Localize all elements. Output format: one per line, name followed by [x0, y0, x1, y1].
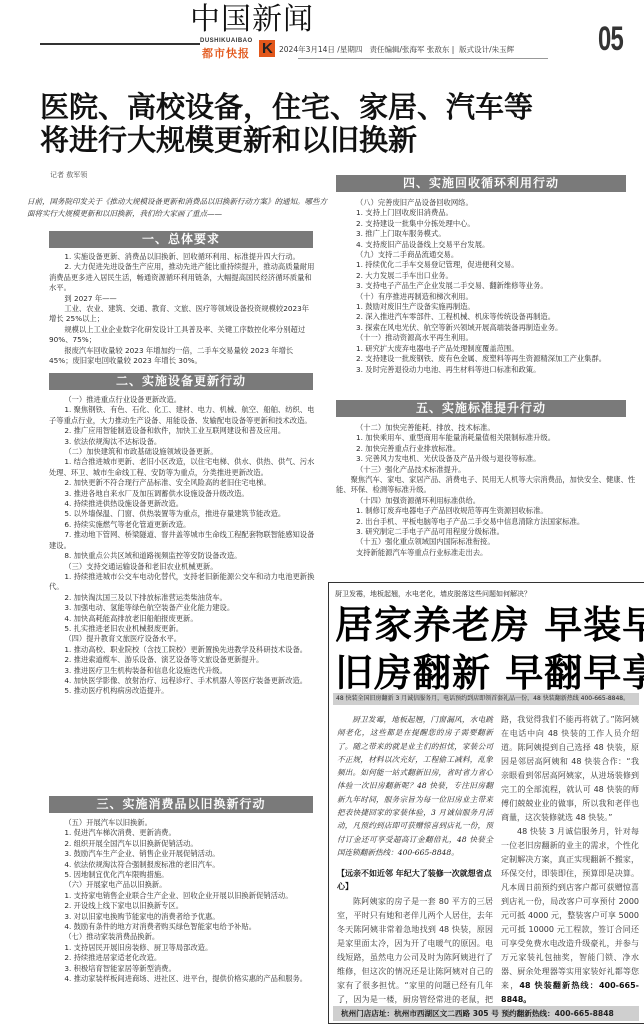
section-body-1: 1. 实施设备更新、消费品以旧换新、回收循环利用、标准提升四大行动。 2. 大力… [49, 252, 315, 366]
header-rule-left [40, 43, 200, 45]
paragraph: 1. 结合推进城市更新、老旧小区改造，以住宅电梯、供水、供热、供气、污水处理、环… [49, 457, 315, 478]
logo-letter: K [262, 40, 273, 57]
paragraph: 2. 推广应用智能制造设备和软件，加快工业互联网建设和普及应用。 [49, 426, 315, 436]
brand-logo-icon: K [259, 40, 275, 57]
article-lead: 日前，国务院印发关于《推动大规模设备更新和消费品以旧换新行动方案》的通知。哪些方… [27, 196, 327, 220]
paragraph: 3. 加强电动、氢能等绿色航空装备产业化能力建设。 [49, 603, 315, 613]
paragraph: （十四）加强资源循环利用标准供给。 [336, 496, 636, 506]
ad-story-continued: 路，我觉得我们不能再将就了。”陈阿姨在电话中向 48 快装的工作人员介绍道。陈阿… [501, 713, 639, 1007]
paragraph: （十五）强化重点领域国内国际标准衔接。 [336, 537, 636, 547]
ad-banner: 48 快装全国旧房翻新 3 月诚信服务月，电话预约到店即领首套礼品一份，48 快… [333, 693, 639, 705]
paragraph: （六）开展家电产品以旧换新。 [49, 880, 315, 890]
brand-name-cn: 都市快报 [202, 45, 250, 61]
paragraph: 支持新能源汽车等重点行业标准走出去。 [336, 548, 636, 558]
section-body-5: （十二）加快完善能耗、排放、技术标准。 1. 加快乘用车、重型商用车能量消耗量值… [336, 423, 636, 558]
ad-headline-line-2: 旧房翻新 早翻早享受 [335, 649, 635, 697]
ad-subhead: 【远亲不如近邻 年纪大了装修一次就想省点心】 [337, 867, 493, 893]
paragraph: 3. 探索在风电光伏、航空等新兴领域开展高端装备再制造业务。 [336, 323, 636, 333]
paragraph: （十二）加快完善能耗、排放、技术标准。 [336, 423, 636, 433]
ad-hotline: 48 快装翻新热线：400-665-8848。 [501, 981, 639, 1004]
paragraph: 2. 组织开展全国汽车以旧换新促销活动。 [49, 839, 315, 849]
section-body-2: （一）推进重点行业设备更新改造。 1. 聚焦钢铁、有色、石化、化工、建材、电力、… [49, 395, 315, 697]
paragraph: 1. 推动高校、职业院校（含技工院校）更新置换先进教学及科研技术设备。 [49, 645, 315, 655]
header-info: 2024年3月14日 /星期四 责任编辑/张海军 张敌东 | 版式设计/朱玉辉 [279, 44, 514, 55]
paragraph: 48 快装 3 月诚信服务月，针对每一位老旧房翻新的业主的需求，个性化定制解决方… [501, 825, 639, 1007]
section-body-4: （八）完善废旧产品设备回收网络。 1. 支持上门回收废旧消费品。 2. 支持建设… [336, 198, 636, 375]
paragraph: 到 2027 年—— [49, 294, 315, 304]
headline-line-2: 将进行大规模更新和以旧换新 [40, 124, 600, 157]
paragraph: 2. 出台手机、平板电脑等电子产品二手交易中信息清除方法国家标准。 [336, 517, 636, 527]
paragraph: 4. 鼓励有条件的地方对消费者购买绿色智能家电给予补贴。 [49, 922, 315, 932]
brand-name-en: DUSHIKUAIBAO [200, 38, 253, 44]
paragraph: 厨卫发霉，地板起翘，门窗漏风，水电跳闸老化，这些都是在提醒您的房子需要翻新了。随… [337, 713, 493, 859]
paragraph: 3. 鼓励汽车生产企业、销售企业开展促销活动。 [49, 849, 315, 859]
paragraph: 2. 大力促进先进设备生产应用，推动先进产能比重持续提升，推动高质量耐用消费品更… [49, 262, 315, 293]
ad-question: 厨卫发霉，地板起翘，水电老化，墙皮脱落这些问题如何解决？ [335, 589, 531, 599]
section-header-3: 三、实施消费品以旧换新行动 [49, 796, 313, 813]
paragraph: 聚焦汽车、家电、家居产品、消费电子、民用无人机等大宗消费品，加快安全、健康、性能… [336, 475, 636, 496]
paragraph: 3. 推广上门取车服务模式。 [336, 229, 636, 239]
header-rule-right [298, 58, 548, 59]
paragraph: 3. 依法依规淘汰不达标设备。 [49, 437, 315, 447]
advertisement: 厨卫发霉，地板起翘，水电老化，墙皮脱落这些问题如何解决？ 居家养老房 早装早省心… [328, 582, 644, 1024]
designer: 版式设计/朱玉辉 [459, 45, 514, 54]
paragraph: 6. 持续实施燃气等老化管道更新改造。 [49, 520, 315, 530]
paragraph: 2. 支持建设一批集中分拣处理中心。 [336, 219, 636, 229]
paragraph: （十三）强化产品技术标准提升。 [336, 465, 636, 475]
paragraph: 1. 聚焦钢铁、有色、石化、化工、建材、电力、机械、航空、船舶、纺织、电子等重点… [49, 405, 315, 426]
paragraph: 2. 持续推进居家适老化改造。 [49, 953, 315, 963]
section-header-5: 五、实施标准提升行动 [336, 400, 626, 417]
paragraph: 1. 实施设备更新、消费品以旧换新、回收循环利用、标准提升四大行动。 [49, 252, 315, 262]
paragraph: 工业、农业、建筑、交通、教育、文旅、医疗等领域设备投资规模较2023年增长 25… [49, 304, 315, 325]
paragraph: 2. 推进索道缆车、游乐设备、演艺设备等文旅设备更新提升。 [49, 655, 315, 665]
paragraph: 4. 加快医学影像、放射治疗、远程诊疗、手术机器人等医疗装备更新改造。 [49, 676, 315, 686]
paragraph: 1. 持续推进城市公交车电动化替代，支持老旧新能源公交车和动力电池更新换代。 [49, 572, 315, 593]
section-header-1: 一、总体要求 [49, 231, 313, 248]
paragraph: 3. 推进医疗卫生机构装备和信息化设施迭代升级。 [49, 666, 315, 676]
paragraph: 1. 支持居民开展旧房装修、厨卫等局部改造。 [49, 943, 315, 953]
paragraph: 5. 以外墙保温、门窗、供热装置等为重点，推进存量建筑节能改造。 [49, 509, 315, 519]
paragraph: 1. 持续优化二手车交易登记管理，促进便利交易。 [336, 260, 636, 270]
ad-story: 陈阿姨家的房子是一套 80 平方的三居室，平时只有她和老伴儿两个人居住，去年冬天… [337, 895, 493, 1021]
paragraph: （二）加快建筑和市政基础设施领域设备更新。 [49, 447, 315, 457]
paragraph: 4. 持续推进供热设施设备更新改造。 [49, 499, 315, 509]
paragraph: 2. 加快淘汰国三及以下排放标准营运类柴油货车。 [49, 593, 315, 603]
paragraph: 1. 促进汽车梯次消费、更新消费。 [49, 828, 315, 838]
paragraph: 2. 加快更新不符合现行产品标准、安全风险高的老旧住宅电梯。 [49, 478, 315, 488]
section-header-4: 四、实施回收循环利用行动 [336, 175, 626, 192]
paragraph: 3. 积极培育智能家居等新型消费。 [49, 964, 315, 974]
paragraph: 1. 加快乘用车、重型商用车能量消耗量值相关限制标准升级。 [336, 433, 636, 443]
paragraph: 1. 支持家电销售企业联合生产企业、回收企业开展以旧换新促销活动。 [49, 891, 315, 901]
paragraph: 1. 制修订废弃电器电子产品回收规范等再生资源回收标准。 [336, 506, 636, 516]
paragraph: 报废汽车回收量较 2023 年增加约一倍，二手车交易量较 2023 年增长45%… [49, 346, 315, 367]
paragraph: （四）提升教育文旅医疗设备水平。 [49, 634, 315, 644]
paragraph: 2. 支持建设一批废钢铁、废有色金属、废塑料等再生资源精深加工产业集群。 [336, 354, 636, 364]
section-header-2: 二、实施设备更新行动 [49, 373, 313, 390]
paragraph: 2. 深入推进汽车零部件、工程机械、机床等传统设备再制造。 [336, 312, 636, 322]
issue-date: 2024年3月14日 /星期四 [279, 45, 362, 54]
paragraph: 3. 完善风力发电机、光伏设备及产品升级与退役等标准。 [336, 454, 636, 464]
paragraph: 规模以上工业企业数字化研发设计工具普及率、关键工序数控化率分别超过 90%、75… [49, 325, 315, 346]
paragraph: 4. 推动家装样板间进商场、进社区、进平台，提供价格实惠的产品和服务。 [49, 974, 315, 984]
headline-line-1: 医院、高校设备，住宅、家居、汽车等 [40, 91, 600, 124]
paragraph: （十一）推动资源高水平再生利用。 [336, 333, 636, 343]
paragraph: 7. 推动地下管网、桥梁隧道、窨井盖等城市生命线工程配套物联智能感知设备建设。 [49, 530, 315, 551]
ad-intro: 厨卫发霉，地板起翘，门窗漏风，水电跳闸老化，这些都是在提醒您的房子需要翻新了。随… [337, 713, 493, 859]
paragraph: 5. 扎实推进老旧农业机械报废更新。 [49, 624, 315, 634]
section-body-3: （五）开展汽车以旧换新。 1. 促进汽车梯次消费、更新消费。 2. 组织开展全国… [49, 818, 315, 985]
ad-headline: 居家养老房 早装早省心 旧房翻新 早翻早享受 [335, 601, 635, 697]
paragraph: 1. 鼓励对废旧生产设备实施再制造。 [336, 302, 636, 312]
paragraph: （一）推进重点行业设备更新改造。 [49, 395, 315, 405]
article-headline: 医院、高校设备，住宅、家居、汽车等 将进行大规模更新和以旧换新 [40, 91, 600, 157]
paragraph: 1. 研究扩大废弃电器电子产品处理制度覆盖范围。 [336, 344, 636, 354]
paragraph: 2. 开设线上线下家电以旧换新专区。 [49, 901, 315, 911]
paragraph: 路，我觉得我们不能再将就了。”陈阿姨在电话中向 48 快装的工作人员介绍道。陈阿… [501, 713, 639, 825]
paragraph: 3. 推进各地自来水厂及加压调蓄供水设施设备升级改造。 [49, 489, 315, 499]
section-title: 中国新闻 [190, 2, 300, 38]
paragraph: （九）支持二手商品流通交易。 [336, 250, 636, 260]
paragraph: 5. 因地制宜优化汽车限购措施。 [49, 870, 315, 880]
paragraph: 1. 支持上门回收废旧消费品。 [336, 208, 636, 218]
paragraph: 3. 支持电子产品生产企业发展二手交易、翻新维修等业务。 [336, 281, 636, 291]
paragraph: 3. 及时完善退役动力电池、再生材料等进口标准和政策。 [336, 365, 636, 375]
paragraph: 4. 依法依规淘汰符合强制报废标准的老旧汽车。 [49, 860, 315, 870]
ad-headline-line-1: 居家养老房 早装早省心 [335, 601, 635, 649]
paragraph: 2. 加快完善重点行业排放标准。 [336, 444, 636, 454]
paragraph: （三）支持交通运输设备和老旧农业机械更新。 [49, 562, 315, 572]
paragraph: 2. 大力发展二手车出口业务。 [336, 271, 636, 281]
ad-footer-address: 杭州门店店址：杭州市西湖区文二西路 305 号 预约翻新热线：400-665-8… [333, 1006, 639, 1021]
paragraph: （五）开展汽车以旧换新。 [49, 818, 315, 828]
paragraph: 陈阿姨家的房子是一套 80 平方的三居室，平时只有她和老伴儿两个人居住，去年冬天… [337, 895, 493, 1021]
ad-promo: 48 快装 3 月诚信服务月，针对每一位老旧房翻新的业主的需求，个性化定制解决方… [501, 827, 639, 990]
paragraph: 3. 研究制定二手电子产品可用程度分级标准。 [336, 527, 636, 537]
paragraph: 5. 推动医疗机构病房改造提升。 [49, 686, 315, 696]
page-number: 05 [598, 20, 623, 59]
paragraph: （七）推动家装消费品换新。 [49, 932, 315, 942]
paragraph: 4. 加快高耗能高排放老旧船舶报废更新。 [49, 614, 315, 624]
paragraph: 4. 支持废旧产品设备线上交易平台发展。 [336, 240, 636, 250]
paragraph: （八）完善废旧产品设备回收网络。 [336, 198, 636, 208]
byline: 记者 敖军领 [50, 170, 87, 180]
editors: 责任编辑/张海军 张敌东 [369, 45, 449, 54]
paragraph: （十）有序推进再制造和梯次利用。 [336, 292, 636, 302]
paragraph: 3. 对以旧家电换购节能家电的消费者给予优惠。 [49, 912, 315, 922]
paragraph: 8. 加快重点公共区域和道路视频监控等安防设备改造。 [49, 551, 315, 561]
